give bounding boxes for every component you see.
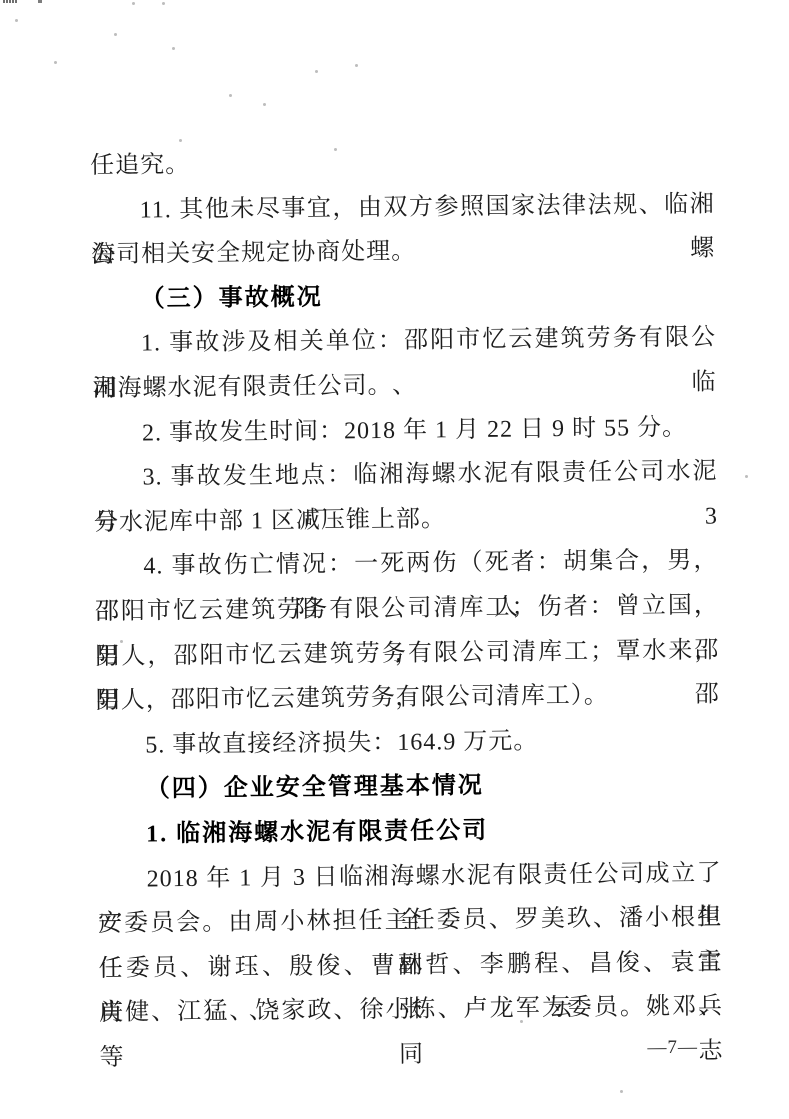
scan-artifact-corner <box>3 0 18 3</box>
scan-speck <box>172 47 175 50</box>
text-line: 1. 事故涉及相关单位：邵阳市忆云建筑劳务有限公司、临 <box>92 316 716 367</box>
text-line: 11. 其他未尽事宜，由双方参照国家法律法规、临湘海螺 <box>90 182 714 233</box>
scan-speck <box>355 64 358 67</box>
text-line: 5. 事故直接经济损失：164.9 万元。 <box>96 717 720 768</box>
scan-speck <box>54 61 57 64</box>
scan-speck <box>229 94 232 97</box>
scanned-document-page: 任追究。 11. 其他未尽事宜，由双方参照国家法律法规、临湘海螺 公司相关安全规… <box>0 0 789 1119</box>
scan-speck <box>315 70 318 73</box>
text-line: 4. 事故伤亡情况：一死两伤（死者：胡集合，男，邵阳人， <box>94 539 718 590</box>
section-heading: （三）事故概况 <box>91 271 715 322</box>
text-line: 任追究。 <box>90 137 714 188</box>
text-line: 肖健、江猛、饶家政、徐小栋、卢龙军为委员。姚邓兵等同志 <box>99 985 723 1036</box>
scan-speck <box>114 33 117 36</box>
text-line: 产委员会。由周小林担任主任委员、罗美玖、潘小根担任副主 <box>98 896 722 947</box>
section-heading: （四）企业安全管理基本情况 <box>97 762 721 813</box>
section-heading: 1. 临湘海螺水泥有限责任公司 <box>97 806 721 857</box>
text-line: 3. 事故发生地点：临湘海螺水泥有限责任公司水泥分厂 3 <box>93 450 717 501</box>
scan-artifact-dot <box>38 0 42 3</box>
text-line: 任委员、谢珏、殷俊、曹林哲、李鹏程、昌俊、袁雷庚、张云、 <box>98 940 722 991</box>
text-line: 邵阳市忆云建筑劳务有限公司清库工；伤者：曾立国，男，邵 <box>95 583 719 634</box>
text-line: 阳人，邵阳市忆云建筑劳务有限公司清库工；覃水来，男，邵 <box>95 628 719 679</box>
scan-speck <box>620 1090 623 1093</box>
scan-speck <box>162 2 165 5</box>
text-line: 2. 事故发生时间：2018 年 1 月 22 日 9 时 55 分。 <box>93 405 717 456</box>
scan-speck <box>179 139 182 142</box>
scan-speck <box>263 103 266 106</box>
page-number: —7— <box>647 1036 698 1061</box>
document-text: 任追究。 11. 其他未尽事宜，由双方参照国家法律法规、临湘海螺 公司相关安全规… <box>90 137 723 1035</box>
scan-speck <box>745 475 748 478</box>
scan-speck <box>15 19 18 22</box>
scan-speck <box>132 2 135 5</box>
text-line: 2018 年 1 月 3 日临湘海螺水泥有限责任公司成立了安全生 <box>97 851 721 902</box>
